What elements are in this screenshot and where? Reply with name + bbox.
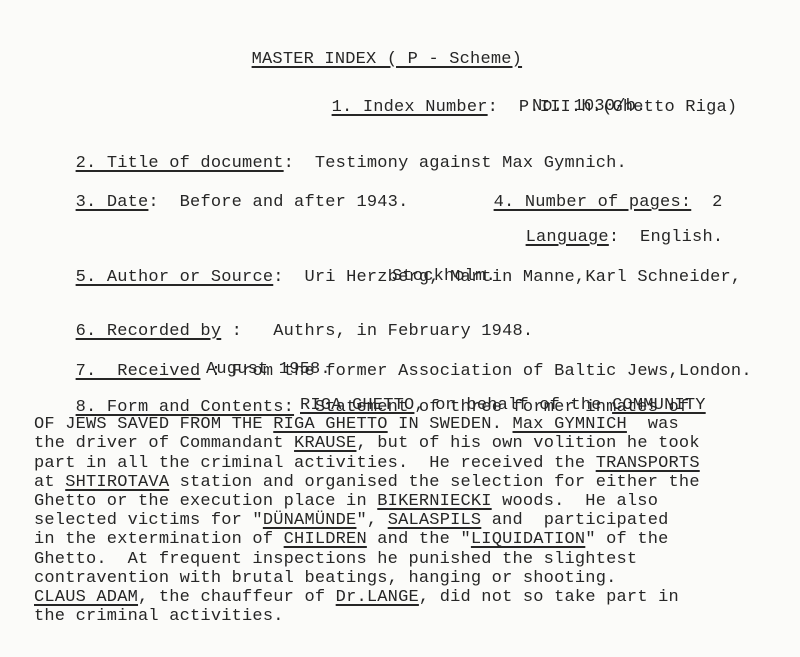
colon: : bbox=[609, 228, 640, 247]
author-value: Uri Herzberg, Martin Manne,Karl Schneide… bbox=[304, 268, 741, 287]
index-number-label: 1. Index Number bbox=[332, 98, 488, 117]
language-value: English. bbox=[640, 228, 723, 247]
recorded-value: Authrs, in February 1948. bbox=[273, 322, 533, 341]
form-content-line: in the extermination of CHILDREN and the… bbox=[34, 530, 669, 550]
form-content-line: Ghetto. At frequent inspections he punis… bbox=[34, 550, 637, 570]
form-content-line: the criminal activities. bbox=[34, 607, 284, 627]
form-content-line: selected victims for "DÜNAMÜNDE", SALASP… bbox=[34, 511, 669, 531]
colon: : bbox=[273, 268, 304, 287]
heading-text: MASTER INDEX ( P - Scheme) bbox=[252, 50, 522, 69]
date-label: 3. Date bbox=[76, 193, 149, 212]
form-content-line: RIGA GHETTO, on behalf of the COMMUNITY bbox=[300, 396, 706, 416]
date-row: 3. Date: Before and after 1943. bbox=[34, 173, 408, 233]
form-content-line: the driver of Commandant KRAUSE, but of … bbox=[34, 434, 700, 454]
author-label: 5. Author or Source bbox=[76, 268, 274, 287]
date-value: Before and after 1943. bbox=[180, 193, 409, 212]
title-label: 2. Title of document bbox=[76, 154, 284, 173]
colon: : bbox=[148, 193, 179, 212]
form-content-line: at SHTIROTAVA station and organised the … bbox=[34, 473, 700, 493]
index-number-row: 1. Index Number: P.III.h.(Ghetto Riga) bbox=[290, 78, 737, 138]
colon: : bbox=[221, 322, 273, 341]
title-value: Testimony against Max Gymnich. bbox=[315, 154, 627, 173]
form-label: 8. Form and Contents: bbox=[76, 398, 294, 417]
author-value-2: Stockholm. bbox=[392, 267, 496, 287]
language-label: Language bbox=[526, 228, 609, 247]
form-content-line: Ghetto or the execution place in BIKERNI… bbox=[34, 492, 658, 512]
form-content-line: part in all the criminal activities. He … bbox=[34, 454, 700, 474]
form-content-line: CLAUS ADAM, the chauffeur of Dr.LANGE, d… bbox=[34, 588, 679, 608]
colon: : bbox=[488, 98, 519, 117]
recorded-label: 6. Recorded by bbox=[76, 322, 222, 341]
index-number-value-2: No. 1030/b. bbox=[532, 97, 646, 117]
colon: : bbox=[284, 154, 315, 173]
received-value-2: August 1958. bbox=[206, 360, 331, 380]
author-row: 5. Author or Source: Uri Herzberg, Marti… bbox=[34, 248, 741, 308]
form-content-line: contravention with brutal beatings, hang… bbox=[34, 569, 617, 589]
form-content-line: OF JEWS SAVED FROM THE RIGA GHETTO IN SW… bbox=[34, 415, 679, 435]
